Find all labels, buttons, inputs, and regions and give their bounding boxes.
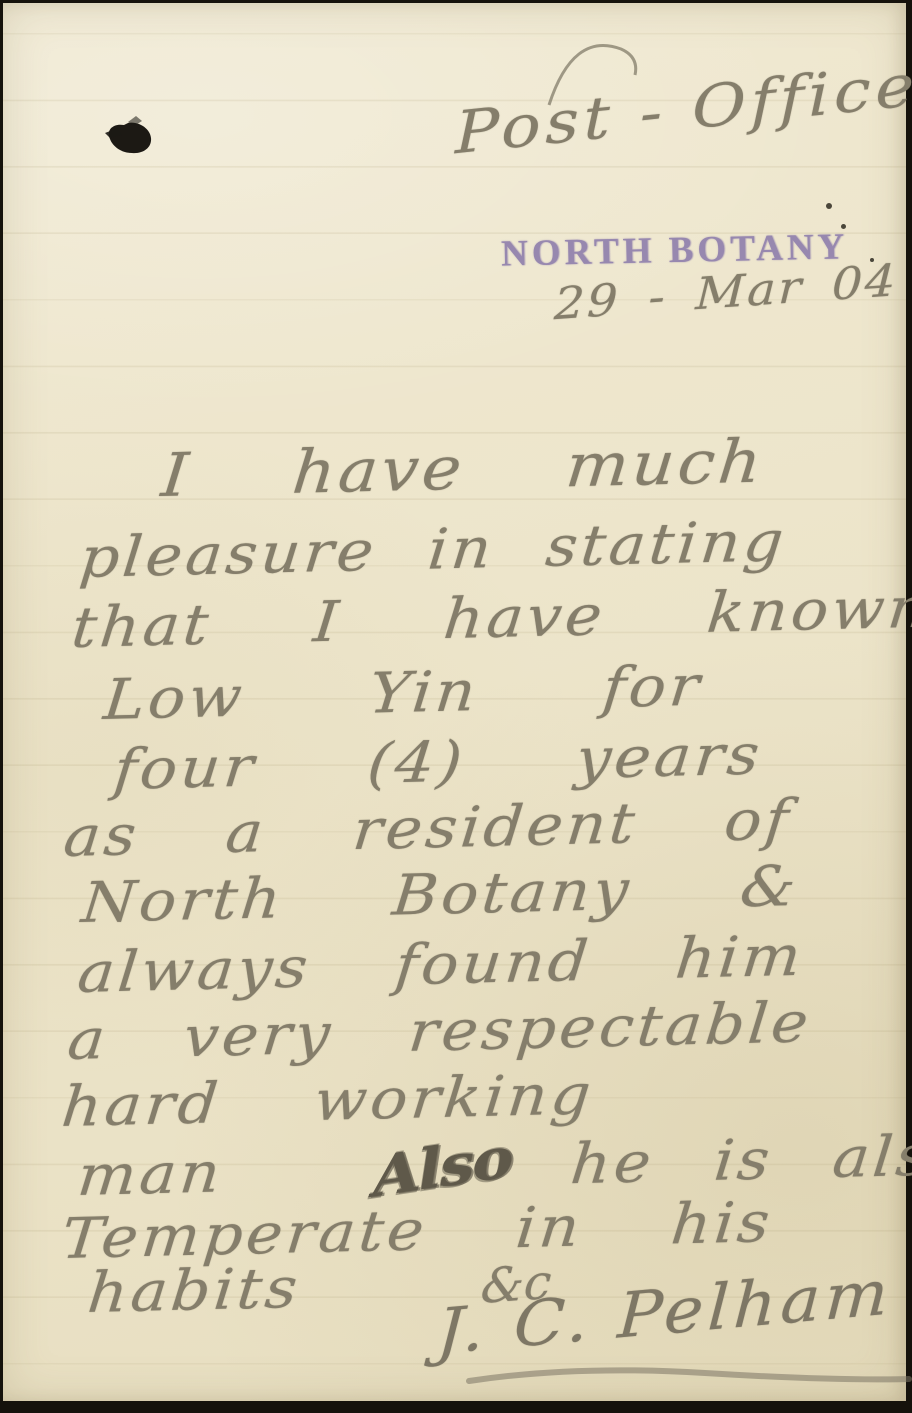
ink-speck [870, 258, 874, 262]
ink-speck [826, 203, 832, 209]
punch-hole [98, 111, 168, 166]
ink-speck [841, 224, 846, 229]
letter-line: pleasure in stating [77, 509, 790, 591]
letter-phrase: he is also [568, 1123, 912, 1197]
scanned-letter: Post - Office NORTH BOTANY 29 - Mar 04 I… [0, 0, 912, 1413]
letter-line: habits [85, 1256, 303, 1326]
letter-line: hard working [59, 1062, 597, 1140]
letter-word: man [75, 1141, 226, 1209]
signature-flourish [465, 1361, 912, 1389]
letter-line: that I have known [69, 576, 912, 661]
letter-line: I have much [158, 427, 767, 511]
letter-title-handwritten: Post - Office [455, 50, 912, 167]
letter-paper: Post - Office NORTH BOTANY 29 - Mar 04 I… [3, 3, 906, 1401]
letter-line: Low Yin for [101, 654, 706, 733]
